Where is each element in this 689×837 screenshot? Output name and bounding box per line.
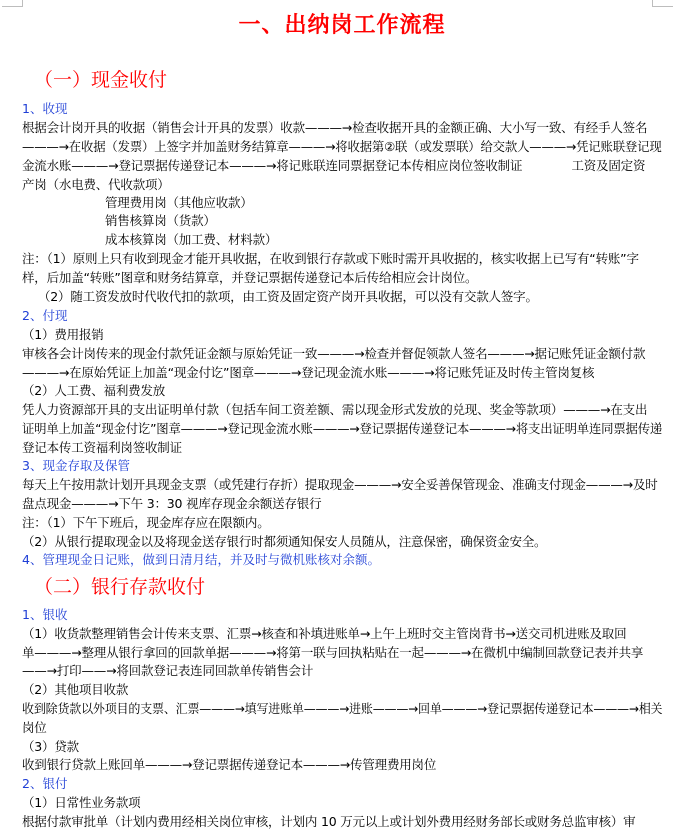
text-line: 根据会计岗开具的收据（销售会计开具的发票）收款———→检查收据开具的金额正确、大…: [22, 119, 647, 137]
text-line: （1）日常性业务款项: [22, 794, 140, 812]
subsection-heading-bank-receipt: 1、银收: [22, 606, 67, 624]
subsection-heading-cash-journal: 4、管理现金日记账，做到日清月结，并及时与微机账核对余额。: [22, 551, 380, 569]
text-line: 产岗（水电费、代收款项）: [22, 176, 170, 194]
text-line-indented: 销售核算岗（货款）: [105, 212, 216, 230]
text-line: （2）人工费、福利费发放: [22, 382, 165, 400]
text-line: 登记本传工资福利岗签收制证: [22, 439, 182, 457]
text-line: 金流水账———→登记票据传递登记本———→将记账联连同票据登记本传相应岗位签收制…: [22, 157, 645, 175]
note-line: 样，后加盖“转账”图章和财务结算章，并登记票据传递登记本后传给相应会计岗位。: [22, 269, 477, 287]
text-line: （1）费用报销: [22, 326, 104, 344]
note-line: 注：（1）原则上只有收到现金才能开具收据，在收到银行存款或下账时需开具收据的，核…: [22, 250, 639, 268]
subsection-heading-cash-receipt: 1、收现: [22, 100, 67, 118]
text-line: 根据付款审批单（计划内费用经相关岗位审核，计划内 10 万元以上或计划外费用经财…: [22, 813, 635, 831]
document-title: 一、出纳岗工作流程: [22, 12, 662, 40]
text-line: ———→在收据（发票）上签字并加盖财务结算章———→将收据第②联（或发票联）给交…: [22, 138, 662, 156]
subsection-heading-bank-payment: 2、银付: [22, 775, 67, 793]
subsection-heading-cash-storage: 3、现金存取及保管: [22, 457, 130, 475]
subsection-heading-cash-payment: 2、付现: [22, 307, 67, 325]
note-line: 注：（1）下午下班后，现金库存应在限额内。: [22, 514, 270, 532]
note-line: （2）随工资发放时代收代扣的款项，由工资及固定资产岗开具收据，可以没有交款人签字…: [38, 288, 538, 306]
section-heading-bank: （二）银行存款收付: [34, 574, 205, 600]
text-line-indented: 成本核算岗（加工费、材料款）: [105, 231, 277, 249]
text-line: 收到除货款以外项目的支票、汇票———→填写进账单———→进账———→回单———→…: [22, 700, 662, 718]
text-line: 每天上午按用款计划开具现金支票（或凭建行存折）提取现金———→安全妥善保管现金、…: [22, 476, 658, 494]
text-line-indented: 管理费用岗（其他应收款）: [105, 194, 253, 212]
page-corner-mark-top-left: [2, 0, 23, 7]
text-line: 岗位: [22, 719, 47, 737]
page-corner-mark-top-right: [652, 0, 673, 7]
text-line: ——→打印——→将回款登记表连同回款单传销售会计: [22, 662, 313, 680]
text-line: 单———→整理从银行拿回的回款单据———→将第一联与回执粘贴在一起———→在微机…: [22, 644, 643, 662]
text-line: 凭人力资源部开具的支出证明单付款（包括车间工资差额、需以现金形式发放的兑现、奖金…: [22, 401, 647, 419]
text-line: 证明单上加盖“现金付讫”图章———→登记现金流水账———→登记票据传递登记本——…: [22, 420, 662, 438]
text-line: （2）其他项目收款: [22, 681, 128, 699]
text-line: （1）收货款整理销售会计传来支票、汇票→核查和补填进账单→上午上班时交主管岗背书…: [22, 625, 626, 643]
text-line: ———→在原始凭证上加盖“现金付讫”图章———→登记现金流水账———→将记账凭证…: [22, 364, 594, 382]
section-heading-cash: （一）现金收付: [34, 67, 167, 93]
text-line: 审核各会计岗传来的现金付款凭证金额与原始凭证一致———→检查并督促领款人签名——…: [22, 345, 645, 363]
text-line: 盘点现金———→下午 3：30 视库存现金余额送存银行: [22, 495, 321, 513]
text-line: （3）贷款: [22, 738, 79, 756]
text-line: 收到银行贷款上账回单———→登记票据传递登记本———→传管理费用岗位: [22, 756, 436, 774]
note-line: （2）从银行提取现金以及将现金送存银行时都须通知保安人员随从，注意保密，确保资金…: [22, 533, 546, 551]
